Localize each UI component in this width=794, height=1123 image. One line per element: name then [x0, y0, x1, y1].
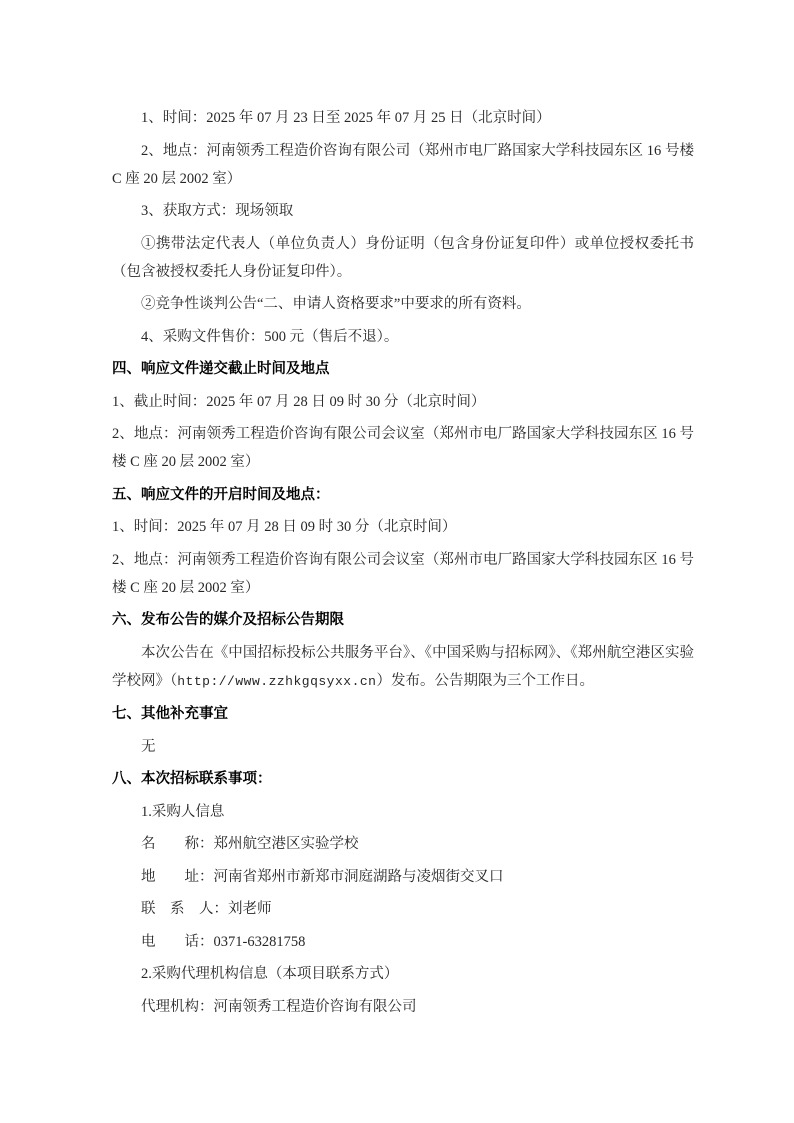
- announcement-media-text-post: ）发布。公告期限为三个工作日。: [376, 673, 594, 689]
- para-opening-location: 2、地点：河南领秀工程造价咨询有限公司会议室（郑州市电厂路国家大学科技园东区 1…: [112, 546, 694, 602]
- heading-announcement-media: 六、发布公告的媒介及招标公告期限: [112, 606, 694, 634]
- para-document-price: 4、采购文件售价：500 元（售后不退）。: [112, 323, 694, 351]
- para-agency-title: 2.采购代理机构信息（本项目联系方式）: [112, 960, 694, 988]
- para-purchaser-address: 地 址：河南省郑州市新郑市洞庭湖路与凌烟街交叉口: [112, 863, 694, 891]
- heading-other-matters: 七、其他补充事宜: [112, 700, 694, 728]
- para-announcement-media: 本次公告在《中国招标投标公共服务平台》、《中国采购与招标网》、《郑州航空港区实验…: [112, 639, 694, 696]
- para-opening-time: 1、时间：2025 年 07 月 28 日 09 时 30 分（北京时间）: [112, 513, 694, 541]
- heading-opening-time: 五、响应文件的开启时间及地点：: [112, 481, 694, 509]
- para-other-matters: 无: [112, 733, 694, 761]
- para-purchaser-contact: 联 系 人：刘老师: [112, 895, 694, 923]
- para-acquisition-note-1: ①携带法定代表人（单位负责人）身份证明（包含身份证复印件）或单位授权委托书（包含…: [112, 230, 694, 286]
- para-acquisition-time: 1、时间：2025 年 07 月 23 日至 2025 年 07 月 25 日（…: [112, 104, 694, 132]
- heading-contact-matters: 八、本次招标联系事项：: [112, 765, 694, 793]
- para-acquisition-method: 3、获取方式：现场领取: [112, 197, 694, 225]
- para-acquisition-location: 2、地点：河南领秀工程造价咨询有限公司（郑州市电厂路国家大学科技园东区 16 号…: [112, 137, 694, 193]
- announcement-url: http://www.zzhkgqsyxx.cn: [177, 674, 376, 689]
- heading-submission-deadline: 四、响应文件递交截止时间及地点: [112, 355, 694, 383]
- para-deadline-time: 1、截止时间：2025 年 07 月 28 日 09 时 30 分（北京时间）: [112, 388, 694, 416]
- para-deadline-location: 2、地点：河南领秀工程造价咨询有限公司会议室（郑州市电厂路国家大学科技园东区 1…: [112, 420, 694, 476]
- para-acquisition-note-2: ②竞争性谈判公告“二、申请人资格要求”中要求的所有资料。: [112, 290, 694, 318]
- document-page: 1、时间：2025 年 07 月 23 日至 2025 年 07 月 25 日（…: [0, 0, 794, 1123]
- para-agency-name: 代理机构：河南领秀工程造价咨询有限公司: [112, 993, 694, 1021]
- para-purchaser-name: 名 称：郑州航空港区实验学校: [112, 830, 694, 858]
- para-purchaser-title: 1.采购人信息: [112, 798, 694, 826]
- para-purchaser-phone: 电 话：0371-63281758: [112, 928, 694, 956]
